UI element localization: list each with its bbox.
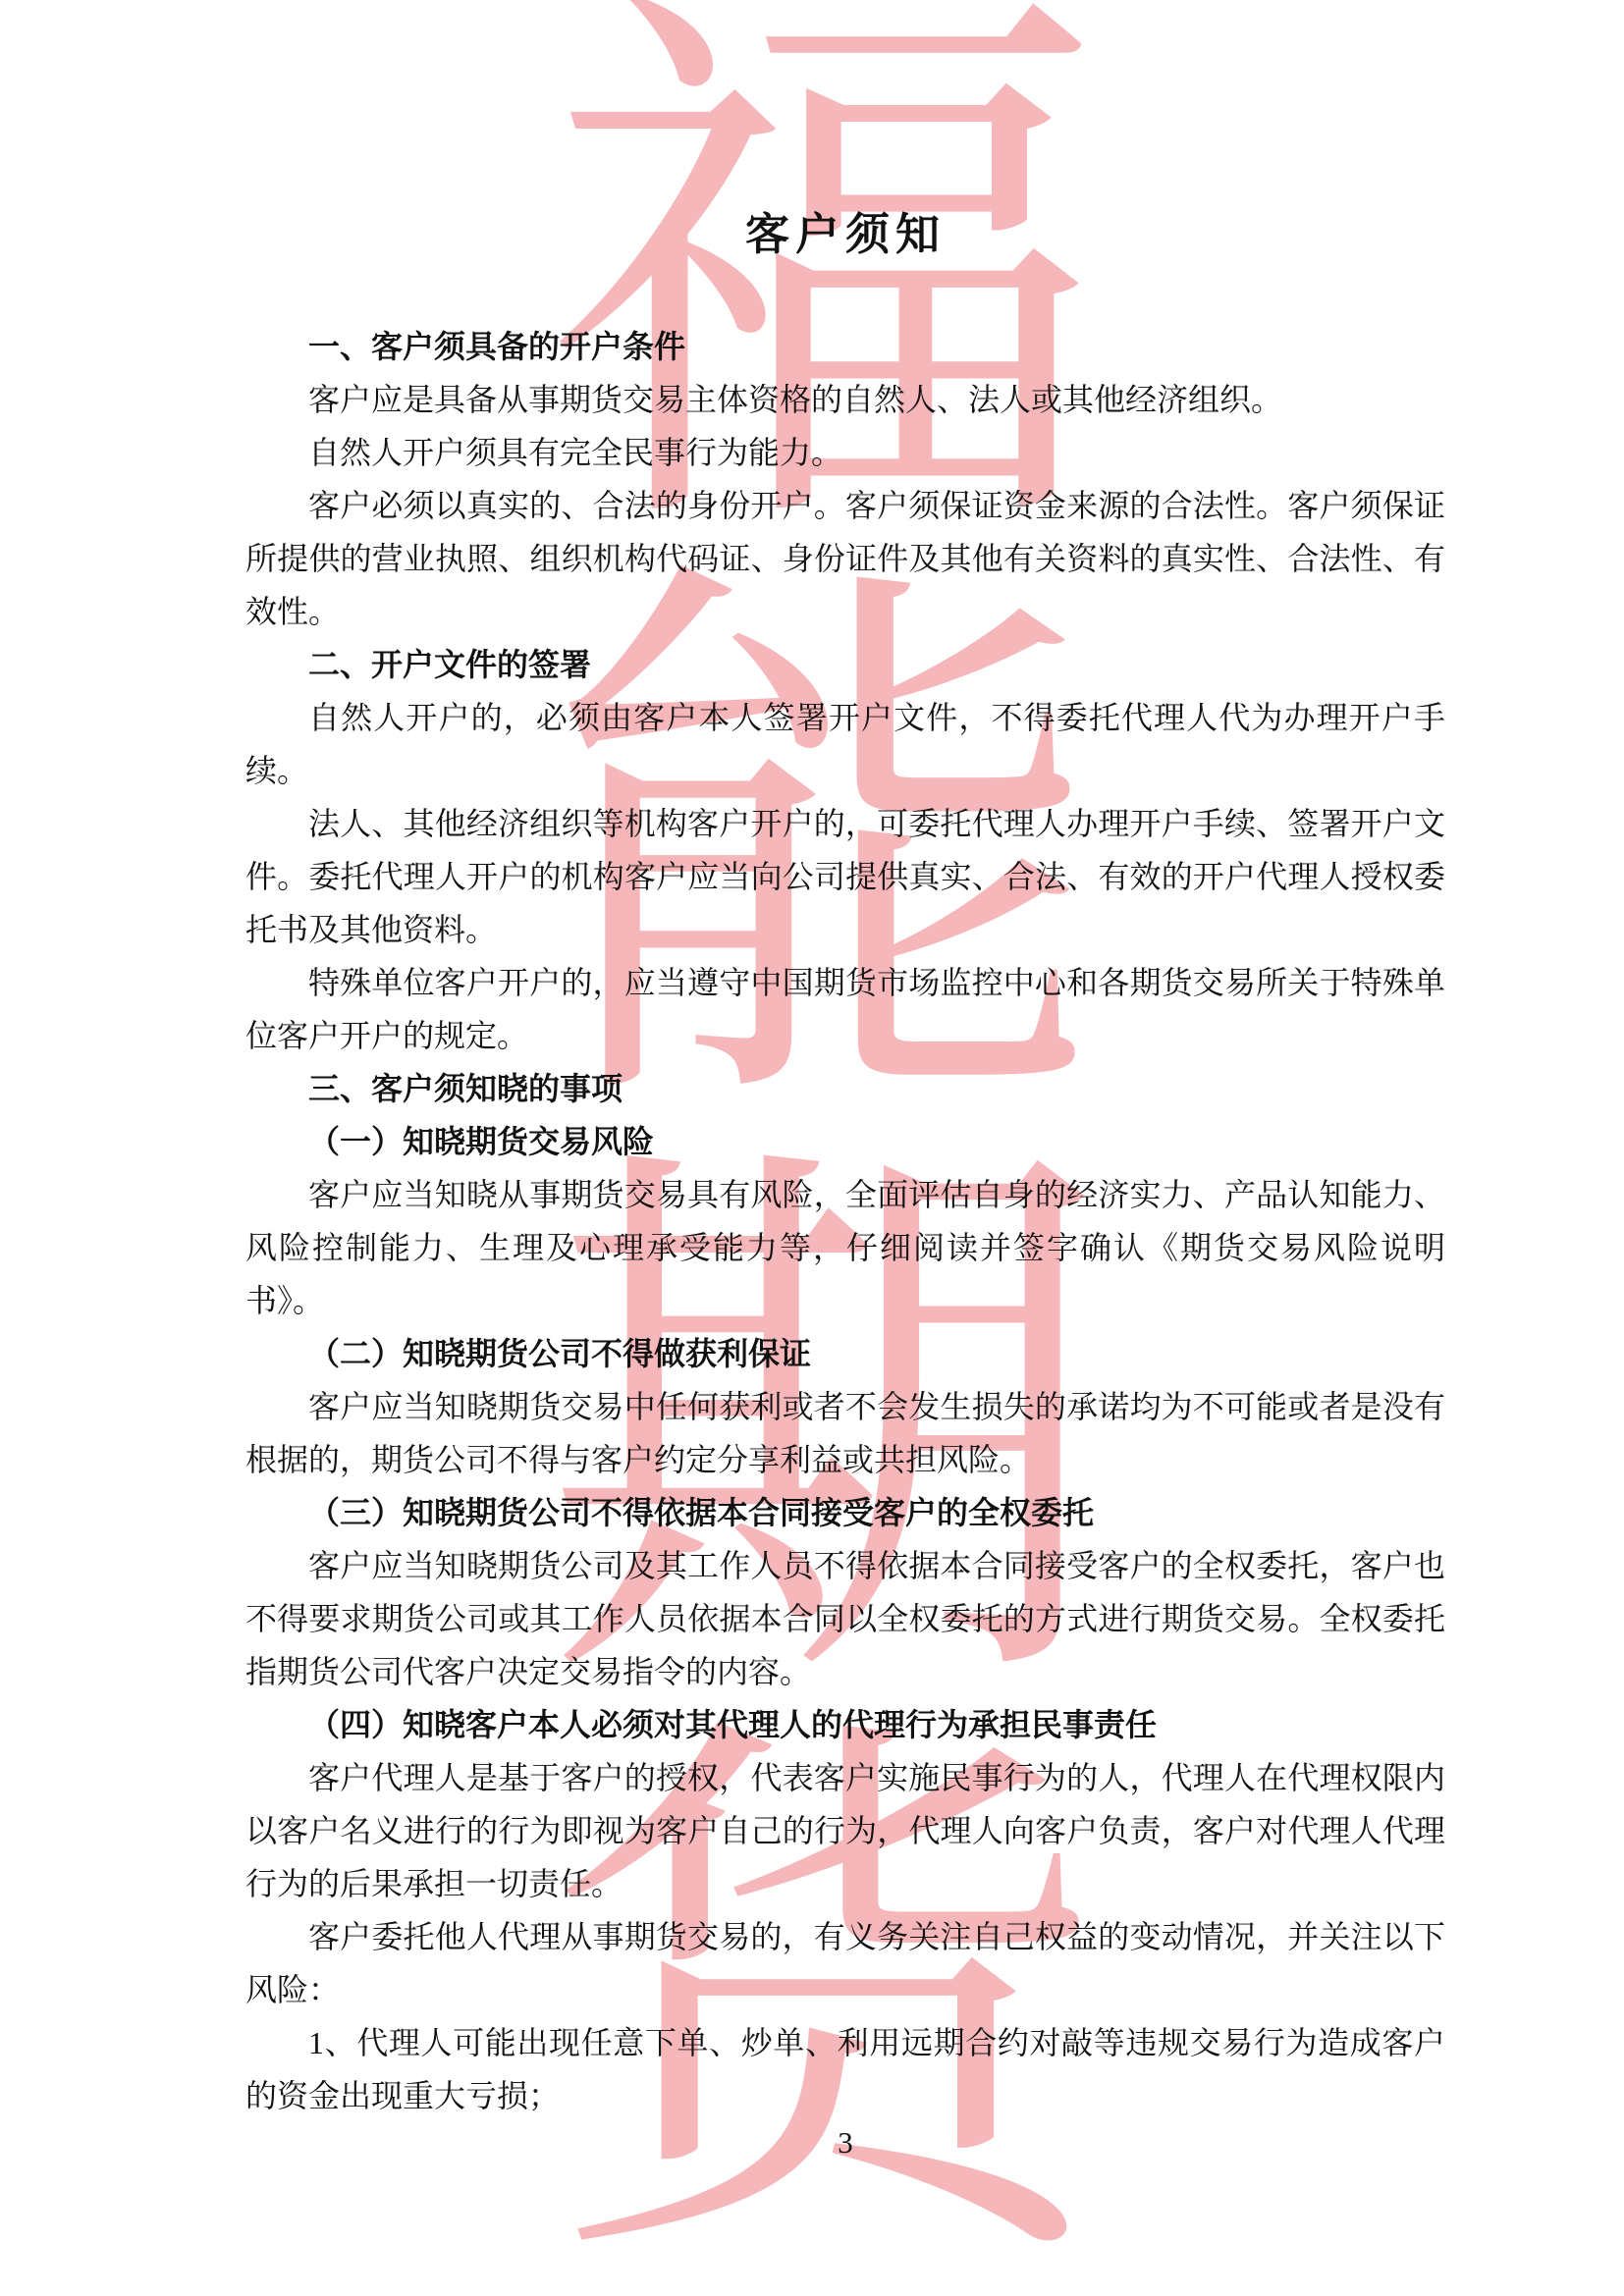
paragraph: 法人、其他经济组织等机构客户开户的，可委托代理人办理开户手续、签署开户文件。委托…	[245, 797, 1445, 956]
paragraph: 1、代理人可能出现任意下单、炒单、利用远期合约对敲等违规交易行为造成客户的资金出…	[245, 2016, 1445, 2122]
paragraph: 客户必须以真实的、合法的身份开户。客户须保证资金来源的合法性。客户须保证所提供的…	[245, 479, 1445, 638]
paragraph: 自然人开户须具有完全民事行为能力。	[245, 426, 1445, 479]
paragraph: 客户应当知晓从事期货交易具有风险，全面评估自身的经济实力、产品认知能力、风险控制…	[245, 1168, 1445, 1327]
paragraph: 客户应当知晓期货交易中任何获利或者不会发生损失的承诺均为不可能或者是没有根据的，…	[245, 1380, 1445, 1486]
paragraph: 自然人开户的，必须由客户本人签署开户文件，不得委托代理人代为办理开户手续。	[245, 691, 1445, 797]
page-number: 3	[245, 2123, 1445, 2163]
page-title: 客户须知	[245, 206, 1445, 263]
document-page: 福 能 期 货 客户须知 一、客户须具备的开户条件 客户应是具备从事期货交易主体…	[0, 0, 1624, 2296]
paragraph: 客户应是具备从事期货交易主体资格的自然人、法人或其他经济组织。	[245, 373, 1445, 426]
section-heading-1: 一、客户须具备的开户条件	[245, 320, 1445, 373]
document-body: 一、客户须具备的开户条件 客户应是具备从事期货交易主体资格的自然人、法人或其他经…	[245, 320, 1445, 2122]
section-heading-3: 三、客户须知晓的事项	[245, 1062, 1445, 1115]
subsection-heading-1: （一）知晓期货交易风险	[245, 1115, 1445, 1168]
subsection-heading-4: （四）知晓客户本人必须对其代理人的代理行为承担民事责任	[245, 1698, 1445, 1751]
paragraph: 客户委托他人代理从事期货交易的，有义务关注自己权益的变动情况，并关注以下风险：	[245, 1910, 1445, 2016]
subsection-heading-3: （三）知晓期货公司不得依据本合同接受客户的全权委托	[245, 1486, 1445, 1539]
section-heading-2: 二、开户文件的签署	[245, 638, 1445, 691]
paragraph: 客户应当知晓期货公司及其工作人员不得依据本合同接受客户的全权委托，客户也不得要求…	[245, 1539, 1445, 1698]
paragraph: 特殊单位客户开户的，应当遵守中国期货市场监控中心和各期货交易所关于特殊单位客户开…	[245, 956, 1445, 1062]
subsection-heading-2: （二）知晓期货公司不得做获利保证	[245, 1327, 1445, 1380]
paragraph: 客户代理人是基于客户的授权，代表客户实施民事行为的人，代理人在代理权限内以客户名…	[245, 1751, 1445, 1910]
